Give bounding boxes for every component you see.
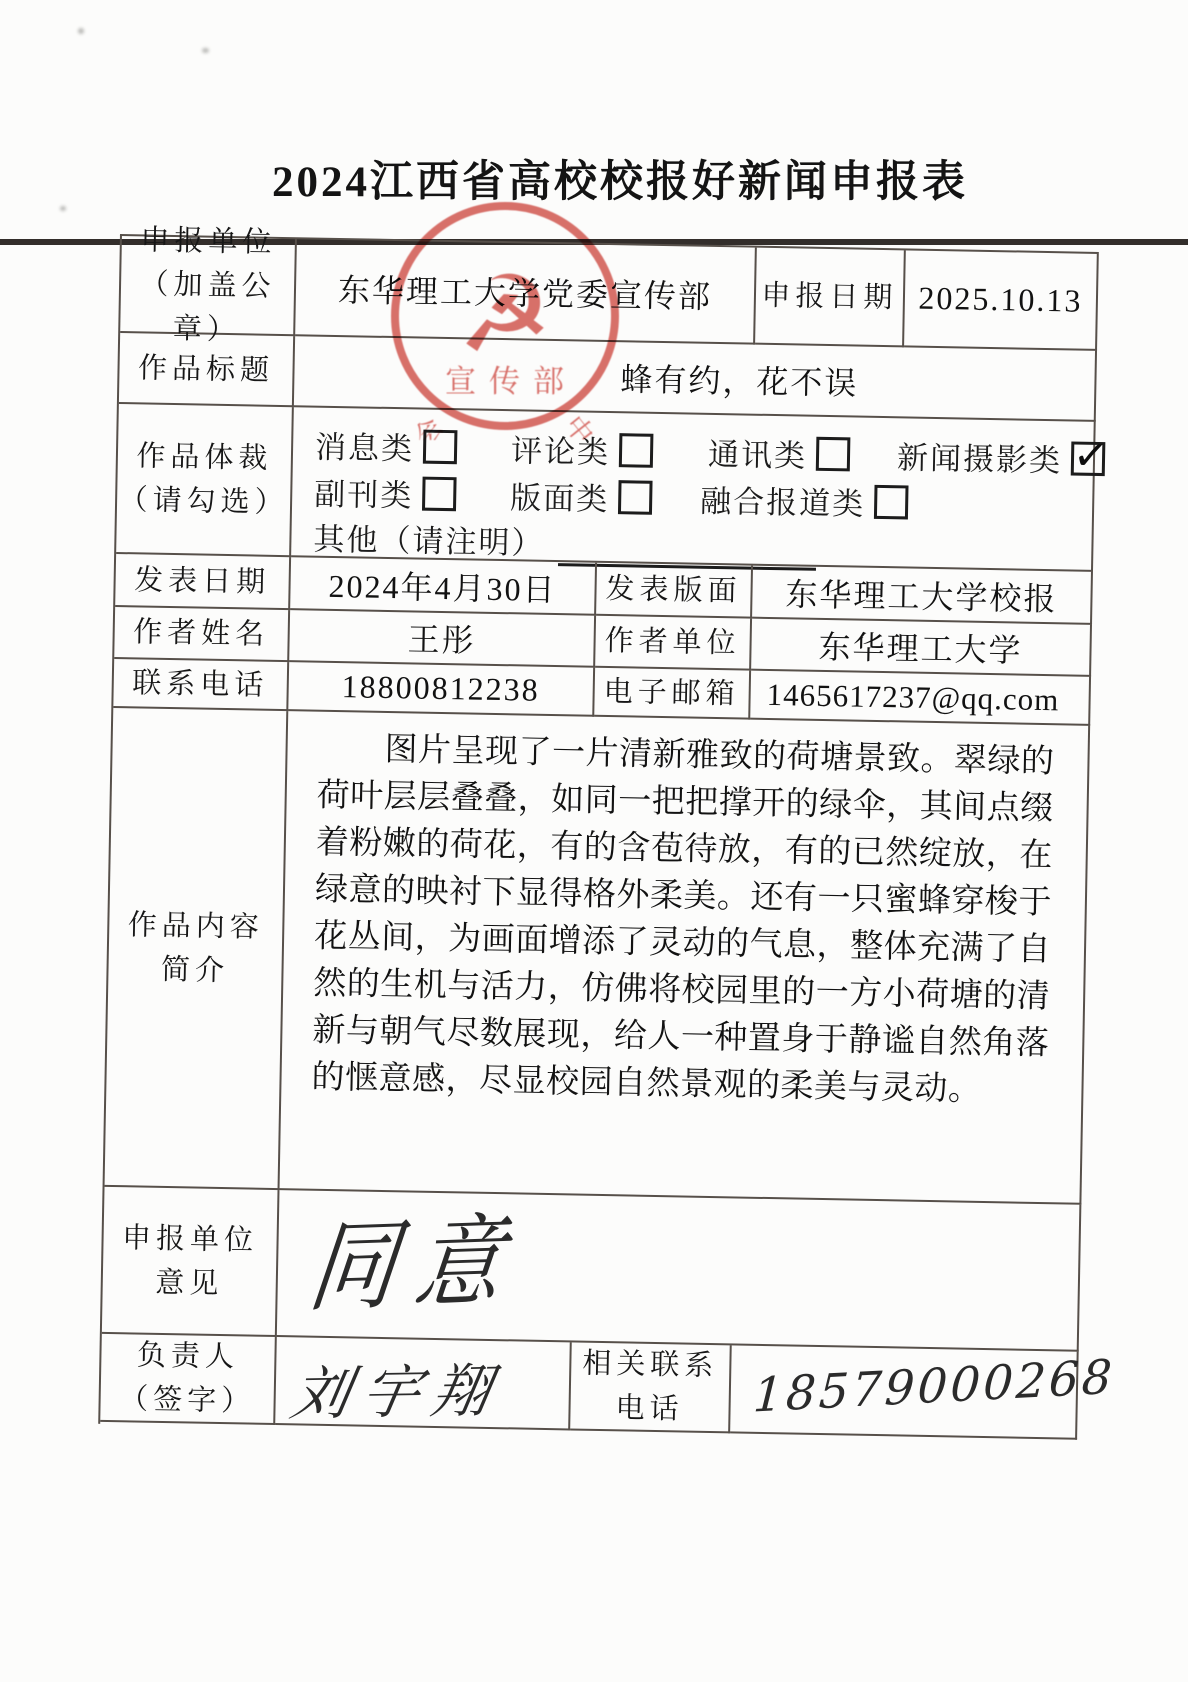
scan-speck bbox=[78, 28, 84, 34]
checkbox-checked: ✓ bbox=[1071, 441, 1106, 476]
summary-cell: 图片呈现了一片清新雅致的荷塘景致。翠绿的荷叶层层叠叠，如同一把把撑开的绿伞，其间… bbox=[280, 711, 1091, 1205]
genre-option-supplement: 副刊类 bbox=[314, 469, 457, 517]
scan-speck bbox=[202, 48, 209, 53]
checkbox-unchecked bbox=[874, 485, 909, 520]
genre-option-converged: 融合报道类 bbox=[700, 476, 909, 525]
publish-date-label: 发表日期 bbox=[115, 554, 291, 610]
apply-date-value: 2025.10.13 bbox=[904, 250, 1099, 351]
genre-option-label: 融合报道类 bbox=[700, 484, 866, 522]
apply-date-label: 申报日期 bbox=[755, 248, 906, 348]
email-value: 1465617237@qq.com bbox=[750, 671, 1091, 726]
responsible-label: 负责人 （签字） bbox=[100, 1334, 277, 1425]
checkmark-icon: ✓ bbox=[1071, 429, 1112, 481]
official-seal: 中国共产党东华理工大学委员会 ☭ 宣传部 bbox=[383, 196, 627, 440]
work-title-label: 作品标题 bbox=[119, 333, 295, 407]
summary-text: 图片呈现了一片清新雅致的荷塘景致。翠绿的荷叶层层叠叠，如同一把把撑开的绿伞，其间… bbox=[281, 711, 1088, 1116]
contact-phone-value: 18800812238 bbox=[288, 662, 595, 717]
author-name-label: 作者姓名 bbox=[114, 607, 290, 662]
author-name-value: 王彤 bbox=[289, 610, 596, 668]
genre-option-label: 通讯类 bbox=[708, 437, 808, 474]
genre-option-label: 新闻摄影类 bbox=[897, 440, 1063, 478]
author-unit-value: 东华理工大学 bbox=[751, 619, 1092, 677]
scanned-form-page: 2024江西省高校校报好新闻申报表 申报单位 （加盖公章） 东华理工大学党委宣传… bbox=[0, 0, 1188, 1682]
checkbox-unchecked bbox=[618, 480, 653, 515]
handwritten-approval: 同意 bbox=[303, 1180, 533, 1330]
unit-opinion-label: 申报单位 意见 bbox=[102, 1187, 280, 1337]
seal-bottom-text: 宣传部 bbox=[445, 364, 577, 399]
checkbox-unchecked bbox=[422, 477, 457, 512]
genre-option-label: 副刊类 bbox=[314, 477, 414, 514]
author-unit-label: 作者单位 bbox=[595, 616, 752, 671]
handwritten-signature: 刘宇翔 bbox=[285, 1343, 510, 1431]
genre-option-layout: 版面类 bbox=[510, 472, 653, 520]
checkbox-unchecked bbox=[816, 437, 851, 472]
genre-other-label: 其他（请注明） bbox=[313, 522, 545, 561]
summary-label: 作品内容 简介 bbox=[105, 708, 289, 1190]
contact-phone-label: 联系电话 bbox=[113, 659, 289, 711]
applicant-unit-label: 申报单位 （加盖公章） bbox=[120, 236, 297, 336]
publish-date-value: 2024年4月30日 bbox=[290, 557, 597, 616]
related-phone-label: 相关联系 电话 bbox=[570, 1342, 732, 1433]
publish-page-value: 东华理工大学校报 bbox=[752, 566, 1093, 625]
genre-option-photography: 新闻摄影类✓ bbox=[897, 432, 1106, 481]
email-label: 电子邮箱 bbox=[594, 668, 751, 720]
publish-page-label: 发表版面 bbox=[596, 563, 753, 619]
work-genre-label: 作品体裁 （请勾选） bbox=[116, 404, 294, 557]
genre-option-communication: 通讯类 bbox=[708, 429, 851, 477]
hammer-sickle-emblem-icon: ☭ bbox=[457, 253, 552, 376]
genre-option-label: 版面类 bbox=[510, 480, 610, 517]
